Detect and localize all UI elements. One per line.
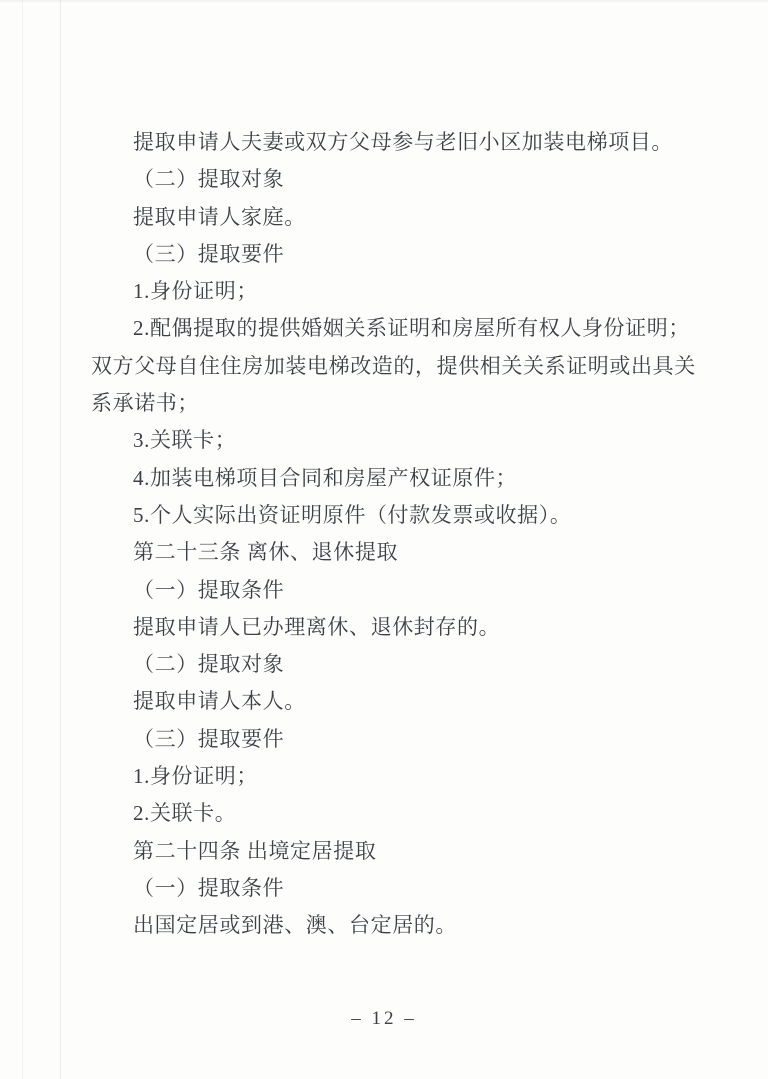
document-line: 2.配偶提取的提供婚姻关系证明和房屋所有权人身份证明；: [91, 310, 709, 347]
document-line: 提取申请人夫妻或双方父母参与老旧小区加装电梯项目。: [91, 124, 709, 161]
page-number: – 12 –: [351, 1008, 417, 1029]
document-line: 1.身份证明；: [91, 273, 709, 310]
document-line: （二）提取对象: [91, 161, 709, 198]
document-line: 提取申请人已办理离休、退休封存的。: [91, 609, 709, 646]
document-body: 提取申请人夫妻或双方父母参与老旧小区加装电梯项目。（二）提取对象提取申请人家庭。…: [91, 124, 709, 945]
document-line: 第二十四条 出境定居提取: [91, 833, 709, 870]
scan-artifact-line: [60, 0, 61, 1079]
document-line: （三）提取要件: [91, 721, 709, 758]
document-line: 2.关联卡。: [91, 795, 709, 832]
document-line: 出国定居或到港、澳、台定居的。: [91, 907, 709, 944]
document-line: 提取申请人家庭。: [91, 199, 709, 236]
document-page: 提取申请人夫妻或双方父母参与老旧小区加装电梯项目。（二）提取对象提取申请人家庭。…: [0, 0, 768, 1079]
document-line: 3.关联卡；: [91, 422, 709, 459]
document-line: 系承诺书；: [91, 385, 709, 422]
document-line: （一）提取条件: [91, 572, 709, 609]
page-footer: – 12 –: [0, 1008, 768, 1030]
document-line: 双方父母自住住房加装电梯改造的，提供相关关系证明或出具关: [91, 348, 709, 385]
document-line: （三）提取要件: [91, 236, 709, 273]
document-line: 4.加装电梯项目合同和房屋产权证原件；: [91, 460, 709, 497]
document-line: （一）提取条件: [91, 870, 709, 907]
document-line: 第二十三条 离休、退休提取: [91, 534, 709, 571]
document-line: 1.身份证明；: [91, 758, 709, 795]
document-line: 提取申请人本人。: [91, 683, 709, 720]
document-line: 5.个人实际出资证明原件（付款发票或收据）。: [91, 497, 709, 534]
scan-artifact-line: [22, 0, 23, 1079]
document-line: （二）提取对象: [91, 646, 709, 683]
